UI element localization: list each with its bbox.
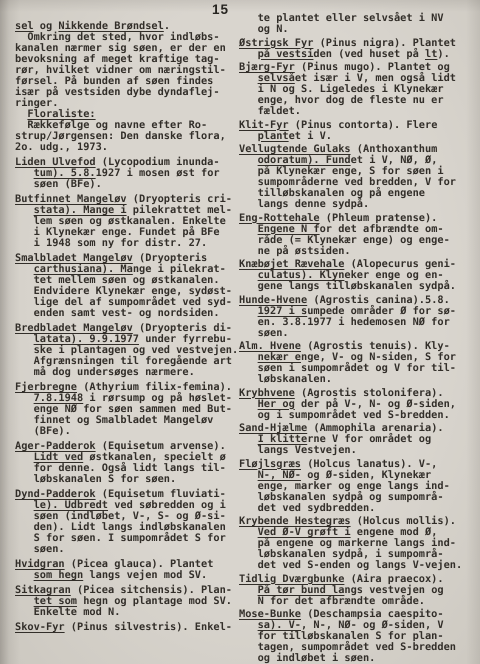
text-line: som hegn langs vejen mod SV. [15, 570, 237, 581]
text-line: søen (BFe). [15, 179, 237, 190]
text-line: enden samt vest- og nordsiden. [15, 308, 237, 319]
flora-entry-block: Alm. Hvene (Agrostis tenuis). Kly- nekær… [239, 341, 475, 385]
text-line: Engene N for det afbrændte om- [239, 224, 475, 235]
underlined-text: N-, NØ- [258, 469, 301, 481]
text-line: i 1948 som ny for distr. 27. [15, 238, 237, 249]
flora-entry-block: Knæbøjet Rævehale (Alopecurus geni- cula… [239, 259, 475, 292]
text-line: langs Vestvejen. [239, 445, 475, 456]
flora-entry-block: Klit-Fyr (Pinus contorta). Flere plantet… [239, 120, 475, 142]
flora-entry-block: Bredbladet Mangeløv (Dryopteris di- lata… [15, 323, 237, 378]
text-line: og indløbet i søen. [239, 653, 475, 664]
flora-entry-block: Fjerbregne (Athyrium filix-femina). 7.8.… [15, 382, 237, 437]
flora-entry-block: Fløjlsgræs (Holcus lanatus). V-, N-, NØ-… [239, 459, 475, 514]
text-line: og i sumpområdet ved S-bredden. [239, 410, 475, 421]
text-line: plantet i V. [239, 131, 475, 142]
text-line: På tør bund langs vestvejen og [239, 585, 475, 596]
text-line: Enkelte mod N. [15, 607, 237, 618]
flora-entry-block: Smalbladet Mangeløv (Dryopteris carthusi… [15, 253, 237, 319]
flora-entry-block: Sand-Hjælme (Ammophila arenaria). I klit… [239, 423, 475, 456]
text-line: N-, NØ- og Ø-siden, Klynekær [239, 470, 475, 481]
underlined-text: 1927 i s [258, 305, 308, 317]
underlined-text: på vestsi [258, 48, 314, 60]
underlined-text: lt [425, 48, 437, 60]
text-line: løbskanalen sydpå og sumpområ- [239, 492, 475, 503]
text-line: søen. [239, 328, 475, 339]
text-line: og N. [239, 24, 475, 35]
flora-entry-block: Skov-Fyr (Pinus silvestris). Enkel- [15, 622, 237, 633]
flora-entry-block: Butfinnet Mangeløv (Dryopteris cri- stat… [15, 194, 237, 249]
flora-entry-block: sel og Nikkende Brøndsel. Omkring det st… [15, 21, 237, 153]
left-text-column: sel og Nikkende Brøndsel. Omkring det st… [15, 21, 237, 637]
flora-entry-block: Bjærg-Fyr (Pinus mugo). Plantet og selvs… [239, 62, 475, 117]
flora-entry-block: Hunde-Hvene (Agrostis canina).5.8. 1927 … [239, 295, 475, 339]
text-line: det ved sydbredden. [239, 503, 475, 514]
underlined-text: Skov-Fyr [15, 621, 65, 633]
underlined-text: Her og [258, 398, 295, 410]
flora-entry-block: Tidlig Dværgbunke (Aira praecox). På tør… [239, 574, 475, 607]
scanned-book-page: 15 sel og Nikkende Brøndsel. Omkring det… [0, 0, 480, 664]
text-line: langs denne sydpå. [239, 199, 475, 210]
text-line: gene langs tilløbskanalen sydpå. [239, 281, 475, 292]
flora-entry-block: Eng-Rottehale (Phleum pratense). Engene … [239, 213, 475, 257]
flora-entry-block: Mose-Bunke (Deschampsia caespito- sa). V… [239, 609, 475, 664]
text-line: må dog undersøges nærmere. [15, 367, 237, 378]
underlined-text: På tør bund la [258, 584, 345, 596]
right-text-column: te plantet eller selvsået i NV og N.Østr… [239, 13, 475, 664]
text-line: 1927 i sumpede områder Ø for sø- [239, 306, 475, 317]
text-line: ne på østsiden. [239, 246, 475, 257]
flora-entry-block: Dynd-Padderok (Equisetum fluviati- le). … [15, 489, 237, 555]
flora-entry-block: Krybhvene (Agrostis stolonifera). Her og… [239, 388, 475, 421]
flora-entry-block: Ager-Padderok (Equisetum arvense). Lidt … [15, 441, 237, 485]
text-line: søen. [15, 544, 237, 555]
flora-entry-block: Sitkagran (Picea sitchensis). Plan- tet … [15, 585, 237, 618]
text-line: Her og der på V-, N- og Ø-siden, [239, 399, 475, 410]
underlined-text: Engene N f [258, 223, 320, 235]
text-line: en. 3.8.1977 i hedemosen NØ for [239, 317, 475, 328]
text-line: løbskanalen S for søen. [15, 474, 237, 485]
text-line: N for det afbrændte område. [239, 596, 475, 607]
page-number: 15 [212, 2, 229, 17]
underlined-text: som hegn [34, 569, 84, 581]
text-line: på vestsiden (ved huset på lt). [239, 49, 475, 60]
flora-entry-block: te plantet eller selvsået i NV og N. [239, 13, 475, 35]
flora-entry-block: Liden Ulvefod (Lycopodium inunda- tum). … [15, 157, 237, 190]
text-line: enge, marker og enge langs ind- [239, 481, 475, 492]
flora-entry-block: Hvidgran (Picea glauca). Plantet som heg… [15, 559, 237, 581]
text-line: (BFe). [15, 426, 237, 437]
text-line: det ved S-enden og langs V-vejen. [239, 560, 475, 571]
text-line: 2o. udg., 1973. [15, 142, 237, 153]
text-line: råde (= Klynekær enge) og enge- [239, 235, 475, 246]
underlined-text: plant [258, 130, 289, 142]
flora-entry-block: Vellugtende Gulaks (Anthoxanthum odoratu… [239, 144, 475, 210]
text-line: fældet. [239, 106, 475, 117]
text-line: Skov-Fyr (Pinus silvestris). Enkel- [15, 622, 237, 633]
flora-entry-block: Krybende Hestegræs (Holcus mollis). Ved … [239, 516, 475, 571]
flora-entry-block: Østrigsk Fyr (Pinus nigra). Plantet på v… [239, 38, 475, 60]
text-line: løbskanalen. [239, 374, 475, 385]
